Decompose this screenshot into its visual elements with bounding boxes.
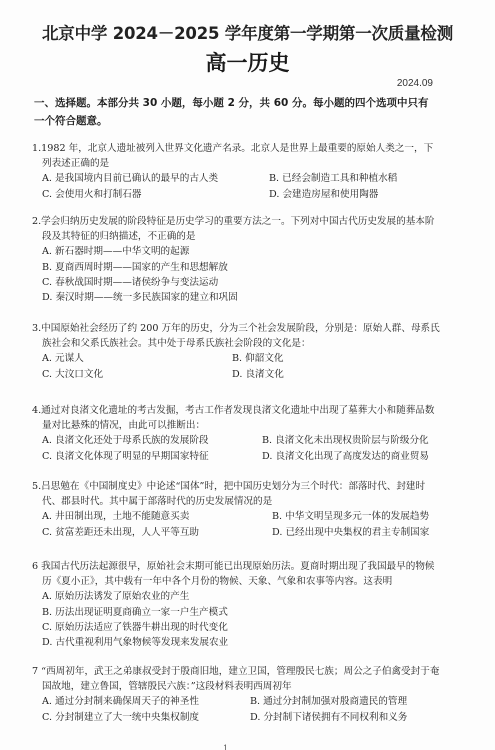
- option-row: C. 良渚文化体现了明显的早期国家特征 D. 良渚文化出现了高度发达的商业贸易: [42, 449, 442, 464]
- question-2: 2.学会归纳历史发展的阶段特征是历史学习的重要方法之一。下列对中国古代历史发展的…: [32, 214, 442, 305]
- option-a[interactable]: A. 新石器时期——中华文明的起源: [42, 244, 189, 259]
- question-text: 学会归纳历史发展的阶段特征是历史学习的重要方法之一。下列对中国古代历史发展的基本…: [41, 216, 434, 242]
- question-stem: 3.中国原始社会经历了约 200 万年的历史，分为三个社会发展阶段，分别是：原始…: [32, 321, 442, 351]
- options: A. 良渚文化还处于母系氏族的发展阶段 B. 良渚文化未出现权贵阶层与阶级分化 …: [32, 433, 442, 463]
- question-number: 3.: [32, 323, 41, 334]
- option-row: A. 通过分封制来确保周天子的神圣性 B. 通过分封制加强对殷商遗民的管理: [42, 694, 442, 709]
- option-row: B. 历法出现证明夏商确立一家一户生产模式: [42, 605, 442, 620]
- option-c[interactable]: C. 大汶口文化: [42, 367, 232, 382]
- option-row: A. 良渚文化还处于母系氏族的发展阶段 B. 良渚文化未出现权贵阶层与阶级分化: [42, 433, 442, 448]
- option-b[interactable]: B. 仰韶文化: [232, 351, 284, 366]
- option-a[interactable]: A. 良渚文化还处于母系氏族的发展阶段: [42, 433, 262, 448]
- option-row: D. 秦汉时期——统一多民族国家的建立和巩固: [42, 290, 442, 305]
- option-row: A. 是我国境内目前已确认的最早的古人类 B. 已经会制造工具和种植水稻: [42, 171, 442, 186]
- option-d[interactable]: D. 会建造房屋和使用陶器: [269, 187, 378, 202]
- option-row: A. 原始历法诱发了原始农业的产生: [42, 589, 442, 604]
- option-c[interactable]: C. 贫富差距还未出现，人人平等互助: [42, 525, 272, 540]
- exam-date: 2024.09: [397, 78, 433, 89]
- option-row: B. 夏商西周时期——国家的产生和思想解放: [42, 260, 442, 275]
- option-c[interactable]: C. 春秋战国时期——诸侯纷争与变法运动: [42, 275, 218, 290]
- option-b[interactable]: B. 夏商西周时期——国家的产生和思想解放: [42, 260, 228, 275]
- question-stem: 6 我国古代历法起源很早，原始社会末期可能已出现原始历法。夏商时期出现了我国最早…: [32, 559, 442, 589]
- question-stem: 1.1982 年，北京人遗址被列入世界文化遗产名录。北京人是世界上最重要的原始人…: [32, 141, 442, 171]
- question-text: 通过对良渚文化遗址的考古发掘，考古工作者发现良渚文化遗址中出现了墓葬大小和随葬品…: [41, 405, 434, 431]
- option-c[interactable]: C. 会使用火和打制石器: [42, 187, 269, 202]
- question-1: 1.1982 年，北京人遗址被列入世界文化遗产名录。北京人是世界上最重要的原始人…: [32, 141, 442, 202]
- option-row: A. 新石器时期——中华文明的起源: [42, 244, 442, 259]
- question-number: 2.: [32, 216, 41, 227]
- option-a[interactable]: A. 原始历法诱发了原始农业的产生: [42, 589, 189, 604]
- question-3: 3.中国原始社会经历了约 200 万年的历史，分为三个社会发展阶段，分别是：原始…: [32, 321, 442, 382]
- option-b[interactable]: B. 通过分封制加强对殷商遗民的管理: [250, 694, 407, 709]
- question-text: 中国原始社会经历了约 200 万年的历史，分为三个社会发展阶段，分别是：原始人群…: [41, 323, 440, 349]
- option-a[interactable]: A. 井田制出现，土地不能随意买卖: [42, 509, 272, 524]
- option-row: A. 元谋人 B. 仰韶文化: [42, 351, 442, 366]
- question-stem: 2.学会归纳历史发展的阶段特征是历史学习的重要方法之一。下列对中国古代历史发展的…: [32, 214, 442, 244]
- option-c[interactable]: C. 分封制建立了大一统中央集权制度: [42, 710, 250, 725]
- options: A. 是我国境内目前已确认的最早的古人类 B. 已经会制造工具和种植水稻 C. …: [32, 171, 442, 201]
- option-row: C. 春秋战国时期——诸侯纷争与变法运动: [42, 275, 442, 290]
- question-stem: 4.通过对良渚文化遗址的考古发掘，考古工作者发现良渚文化遗址中出现了墓葬大小和随…: [32, 403, 442, 433]
- option-d[interactable]: D. 秦汉时期——统一多民族国家的建立和巩固: [42, 290, 238, 305]
- question-text: “西周初年，武王之弟康叔受封于殷商旧地，建立卫国，管理殷民七族；周公之子伯禽受封…: [41, 666, 439, 692]
- question-stem: 5.吕思勉在《中国制度史》中论述“国体”时，把中国历史划分为三个时代：部落时代、…: [32, 479, 442, 509]
- options: A. 元谋人 B. 仰韶文化 C. 大汶口文化 D. 良渚文化: [32, 351, 442, 381]
- option-d[interactable]: D. 分封制下诸侯拥有不同权利和义务: [250, 710, 407, 725]
- question-text: 1982 年，北京人遗址被列入世界文化遗产名录。北京人是世界上最重要的原始人类之…: [41, 143, 433, 169]
- option-d[interactable]: D. 已经出现中央集权的君主专制国家: [272, 525, 429, 540]
- option-c[interactable]: C. 原始历法适应了铁器牛耕出现的时代变化: [42, 620, 228, 635]
- question-number: 1.: [32, 143, 41, 154]
- subject-title: 高一历史: [0, 47, 495, 77]
- option-b[interactable]: B. 已经会制造工具和种植水稻: [269, 171, 397, 186]
- option-row: C. 原始历法适应了铁器牛耕出现的时代变化: [42, 620, 442, 635]
- options: A. 原始历法诱发了原始农业的产生 B. 历法出现证明夏商确立一家一户生产模式 …: [32, 589, 442, 650]
- page-mark: 1: [223, 744, 228, 750]
- question-stem: 7 “西周初年，武王之弟康叔受封于殷商旧地，建立卫国，管理殷民七族；周公之子伯禽…: [32, 664, 442, 694]
- question-4: 4.通过对良渚文化遗址的考古发掘，考古工作者发现良渚文化遗址中出现了墓葬大小和随…: [32, 403, 442, 464]
- question-7: 7 “西周初年，武王之弟康叔受封于殷商旧地，建立卫国，管理殷民七族；周公之子伯禽…: [32, 664, 442, 725]
- question-number: 5.: [32, 481, 41, 492]
- options: A. 新石器时期——中华文明的起源 B. 夏商西周时期——国家的产生和思想解放 …: [32, 244, 442, 305]
- option-row: A. 井田制出现，土地不能随意买卖 B. 中华文明呈现多元一体的发展趋势: [42, 509, 442, 524]
- option-b[interactable]: B. 中华文明呈现多元一体的发展趋势: [272, 509, 429, 524]
- option-a[interactable]: A. 通过分封制来确保周天子的神圣性: [42, 694, 250, 709]
- question-6: 6 我国古代历法起源很早，原始社会末期可能已出现原始历法。夏商时期出现了我国最早…: [32, 559, 442, 650]
- question-number: 6: [32, 561, 38, 572]
- option-b[interactable]: B. 历法出现证明夏商确立一家一户生产模式: [42, 605, 228, 620]
- option-row: C. 贫富差距还未出现，人人平等互助 D. 已经出现中央集权的君主专制国家: [42, 525, 442, 540]
- exam-title: 北京中学 2024－2025 学年度第一学期第一次质量检测: [0, 20, 495, 44]
- option-row: C. 会使用火和打制石器 D. 会建造房屋和使用陶器: [42, 187, 442, 202]
- option-d[interactable]: D. 良渚文化出现了高度发达的商业贸易: [262, 449, 429, 464]
- option-d[interactable]: D. 良渚文化: [232, 367, 284, 382]
- option-a[interactable]: A. 是我国境内目前已确认的最早的古人类: [42, 171, 269, 186]
- option-row: C. 分封制建立了大一统中央集权制度 D. 分封制下诸侯拥有不同权利和义务: [42, 710, 442, 725]
- question-text: 我国古代历法起源很早，原始社会末期可能已出现原始历法。夏商时期出现了我国最早的物…: [41, 561, 434, 587]
- section-heading: 一、选择题。本部分共 30 小题，每小题 2 分，共 60 分。每小题的四个选项…: [34, 94, 434, 130]
- question-5: 5.吕思勉在《中国制度史》中论述“国体”时，把中国历史划分为三个时代：部落时代、…: [32, 479, 442, 540]
- option-c[interactable]: C. 良渚文化体现了明显的早期国家特征: [42, 449, 262, 464]
- option-row: C. 大汶口文化 D. 良渚文化: [42, 367, 442, 382]
- question-number: 7: [32, 666, 38, 677]
- options: A. 通过分封制来确保周天子的神圣性 B. 通过分封制加强对殷商遗民的管理 C.…: [32, 694, 442, 724]
- option-b[interactable]: B. 良渚文化未出现权贵阶层与阶级分化: [262, 433, 429, 448]
- option-row: D. 古代重视利用气象物候等发现来发展农业: [42, 635, 442, 650]
- option-a[interactable]: A. 元谋人: [42, 351, 232, 366]
- question-number: 4.: [32, 405, 41, 416]
- question-text: 吕思勉在《中国制度史》中论述“国体”时，把中国历史划分为三个时代：部落时代、封建…: [41, 481, 425, 507]
- option-d[interactable]: D. 古代重视利用气象物候等发现来发展农业: [42, 635, 228, 650]
- options: A. 井田制出现，土地不能随意买卖 B. 中华文明呈现多元一体的发展趋势 C. …: [32, 509, 442, 539]
